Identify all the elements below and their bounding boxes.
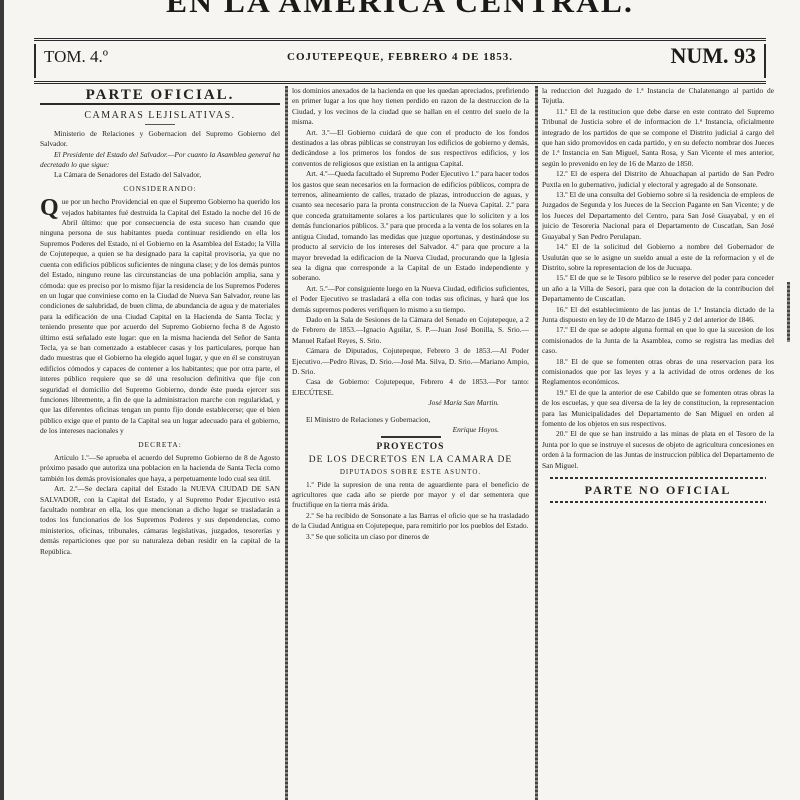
place-and-date: COJUTEPEQUE, FEBRERO 4 DE 1853. [34, 51, 766, 63]
considerando-heading: CONSIDERANDO: [40, 184, 280, 194]
projects-subtitle: DE LOS DECRETOS EN LA CAMARA DE [292, 455, 529, 465]
column-rule [285, 86, 288, 800]
column-2: los dominios anexados de la hacienda en … [292, 86, 529, 800]
paragraph: Ministerio de Relaciones y Gobernacion d… [40, 129, 280, 150]
column-rule-fragment [787, 282, 790, 342]
paragraph: los dominios anexados de la hacienda en … [292, 86, 529, 128]
decreta-heading: DECRETA: [40, 440, 280, 450]
paragraph: 19.º El de que la anterior de ese Cabild… [542, 388, 774, 430]
paragraph: Art. 2.º—Se declara capital del Estado l… [40, 484, 280, 557]
subsection-title: CAMARAS LEJISLATIVAS. [40, 111, 280, 121]
column-1: PARTE OFICIAL. CAMARAS LEJISLATIVAS. Min… [40, 86, 280, 800]
section-rule [550, 477, 766, 479]
dateline-bar: TOM. 4.º COJUTEPEQUE, FEBRERO 4 DE 1853.… [34, 38, 766, 84]
paragraph: 13.º El de una consulta del Gobierno sob… [542, 190, 774, 242]
column-3: la reduccion del Juzgado de 1.ª Instanci… [542, 86, 774, 800]
paragraph: 11.º El de la restitucion que debe darse… [542, 107, 774, 169]
paragraph: Artículo 1.º—Se aprueba el acuerdo del S… [40, 453, 280, 484]
paragraph: 16.º El del establecimiento de las junta… [542, 305, 774, 326]
issue-number: NUM. 93 [670, 43, 756, 69]
signature: Enrique Hoyos. [292, 425, 529, 435]
paragraph: 2.º Se ha recibido de Sonsonate a las Ba… [292, 511, 529, 532]
paragraph: Art. 4.º—Queda facultado el Supremo Pode… [292, 169, 529, 283]
drop-cap: Q [40, 198, 59, 218]
paragraph: 15.º El de que se le Tesoro público se l… [542, 273, 774, 304]
paragraph: la reduccion del Juzgado de 1.ª Instanci… [542, 86, 774, 107]
paragraph: 1.º Pide la supresion de una renta de ag… [292, 480, 529, 511]
paragraph: ue por un hecho Providencial en que el S… [40, 197, 280, 435]
paragraph: 12.º El de espera del Distrito de Ahuach… [542, 169, 774, 190]
paragraph: Casa de Gobierno: Cojutepeque, Febrero 4… [292, 377, 529, 398]
signature: José María San Martin. [292, 398, 529, 408]
page-edge [0, 0, 4, 800]
section-rule [40, 103, 280, 105]
small-rule [145, 124, 175, 125]
paragraph: Art. 3.º—El Gobierno cuidará de que con … [292, 128, 529, 170]
paragraph: 17.º El de que se adopte alguna formal e… [542, 325, 774, 356]
section-title-unofficial: PARTE NO OFICIAL [542, 485, 774, 495]
paragraph: Art. 5.º—Por consiguiente luego en la Nu… [292, 284, 529, 315]
masthead-title: EN LA AMERICA CENTRAL. [0, 0, 800, 20]
paragraph: 14.º El de la solicitud del Gobierno a n… [542, 242, 774, 273]
paragraph: El Presidente del Estado del Salvador.—P… [40, 150, 280, 171]
paragraph: Dado en la Sala de Sesiones de la Cámara… [292, 315, 529, 346]
projects-subtitle-2: DIPUTADOS SOBRE ESTE ASUNTO. [292, 467, 529, 477]
paragraph: 3.º Se que solicita un cíaso por dineros… [292, 532, 529, 542]
paragraph: La Cámara de Senadores del Estado del Sa… [40, 170, 280, 180]
paragraph: 18.º El de que se fomenten otras obras d… [542, 357, 774, 388]
section-rule [550, 501, 766, 503]
paragraph: Cámara de Diputados, Cojutepeque, Febrer… [292, 346, 529, 377]
section-title-official: PARTE OFICIAL. [40, 90, 280, 100]
paragraph: 20.º El de que se han instruido a las mi… [542, 429, 774, 471]
projects-title: PROYECTOS [292, 442, 529, 452]
paragraph: El Ministro de Relaciones y Gobernacion, [292, 415, 529, 425]
small-rule [381, 436, 441, 438]
column-rule [535, 86, 538, 800]
